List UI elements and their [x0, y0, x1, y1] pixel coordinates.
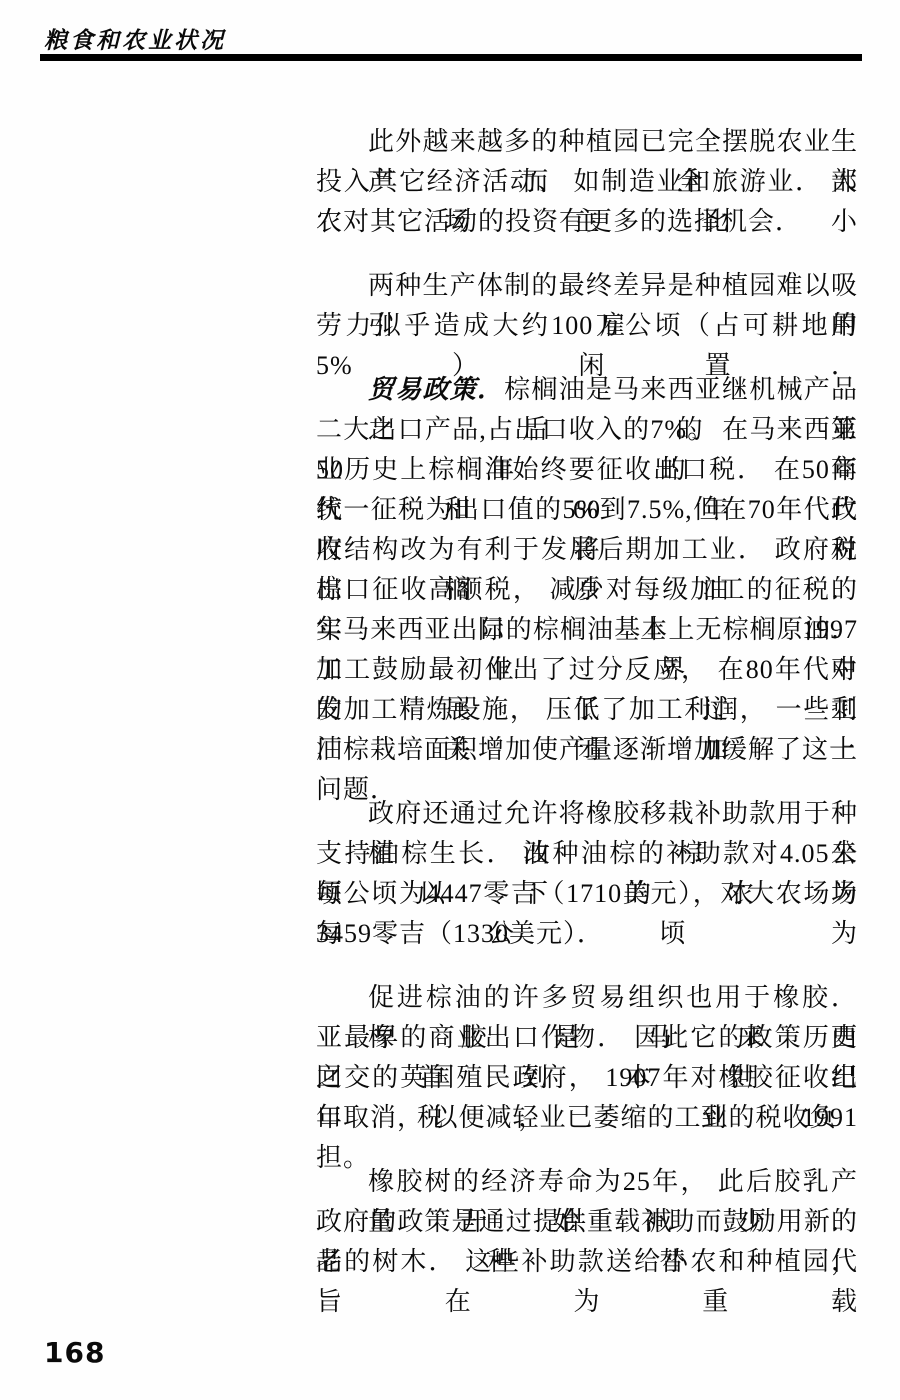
text-line: 亚最早的商业出口作物． 因此它的政策历史回首到本世纪: [316, 1018, 858, 1058]
text-line: 每公顷为4447零吉（1710美元），对大农场为每公顷为: [316, 874, 858, 914]
page-number: 168: [44, 1336, 105, 1369]
paragraph: 两种生产体制的最终差异是种植园难以吸引雇用劳力似乎造成大约100万公顷（占可耕地…: [316, 266, 858, 346]
paragraph: 橡胶树的经济寿命为25年， 此后胶乳产量开始减少．政府的政策是通过提供重载补助而…: [316, 1162, 858, 1282]
header-rule: [40, 54, 862, 61]
paragraph: 促进棕油的许多贸易组织也用于橡胶． 橡胶是马来西亚最早的商业出口作物． 因此它的…: [316, 978, 858, 1138]
paragraph: 此外越来越多的种植园已完全摆脱农业生产而全部投入其它经济活动、 如制造业和旅游业…: [316, 122, 858, 242]
running-header: 粮食和农业状况: [44, 22, 226, 55]
text-line: 油棕栽培面积增加使产量逐渐增加缓解了这一问题．: [316, 730, 858, 770]
document-page: 粮食和农业状况 此外越来越多的种植园已完全摆脱农业生产而全部投入其它经济活动、 …: [0, 0, 900, 1400]
text-line: 的加工精炼设施， 压低了加工利润， 一些工厂关闭加上: [316, 690, 858, 730]
text-line: 贸易政策．棕榈油是马来西亚继机械产品之后的第: [316, 370, 858, 410]
emphasis-run: 贸易政策．: [368, 375, 504, 404]
text-line: 收结构改为有利于发展后期加工业． 政府对棕榈原油的: [316, 530, 858, 570]
text-line: 政府还通过允许将橡胶移栽补助款用于种植油棕来: [316, 794, 858, 834]
text-line: 支持油棕生长． 改种油棕的补助款对4.05公顷以下的农场: [316, 834, 858, 874]
text-line: 投入其它经济活动、 如制造业和旅游业． 大农场主比小: [316, 162, 858, 202]
text-line: 劳力似乎造成大约100万公顷（占可耕地的5%）闲置．: [316, 306, 858, 346]
text-line: 出口征收高额税， 减少对每级加工的征税． 实际上1997: [316, 570, 858, 610]
text-line: 年马来西亚出口的棕榈油基本上无棕榈原油． 工业界对: [316, 610, 858, 650]
text-line: 两种生产体制的最终差异是种植园难以吸引雇用: [316, 266, 858, 306]
text-line: 农对其它活动的投资有更多的选择机会．: [316, 202, 858, 242]
paragraph: 政府还通过允许将橡胶移栽补助款用于种植油棕来支持油棕生长． 改种油棕的补助款对4…: [316, 794, 858, 954]
body-text: 此外越来越多的种植园已完全摆脱农业生产而全部投入其它经济活动、 如制造业和旅游业…: [316, 122, 858, 1306]
text-line: 之交的英国殖民政府， 1907年对橡胶征收出口税， 到1991: [316, 1058, 858, 1098]
text-line: 业历史上棕榈油始终要征收出口税． 在50年代和60年代: [316, 450, 858, 490]
text-line: 促进棕油的许多贸易组织也用于橡胶． 橡胶是马来西: [316, 978, 858, 1018]
text-line: 二大出口产品,占出口收入的7%。 在马来西亚50年的商: [316, 410, 858, 450]
text-line: 此外越来越多的种植园已完全摆脱农业生产而全部: [316, 122, 858, 162]
text-line: 加工鼓励最初作出了过分反应， 在80年代中发展了过剩: [316, 650, 858, 690]
text-line: 老的树木． 这些补助款送给小农和种植园， 旨在为重载: [316, 1242, 858, 1282]
text-line: 政府的政策是通过提供重载补助而鼓励用新的品种替代: [316, 1202, 858, 1242]
text-line: 年取消， 以便减轻业已萎缩的工业的税收负担。: [316, 1098, 858, 1138]
paragraph: 贸易政策．棕榈油是马来西亚继机械产品之后的第二大出口产品,占出口收入的7%。 在…: [316, 370, 858, 770]
text-line: 统一征税为出口值的5%到7.5%,但在70年代政府将税: [316, 490, 858, 530]
text-line: 橡胶树的经济寿命为25年， 此后胶乳产量开始减少．: [316, 1162, 858, 1202]
